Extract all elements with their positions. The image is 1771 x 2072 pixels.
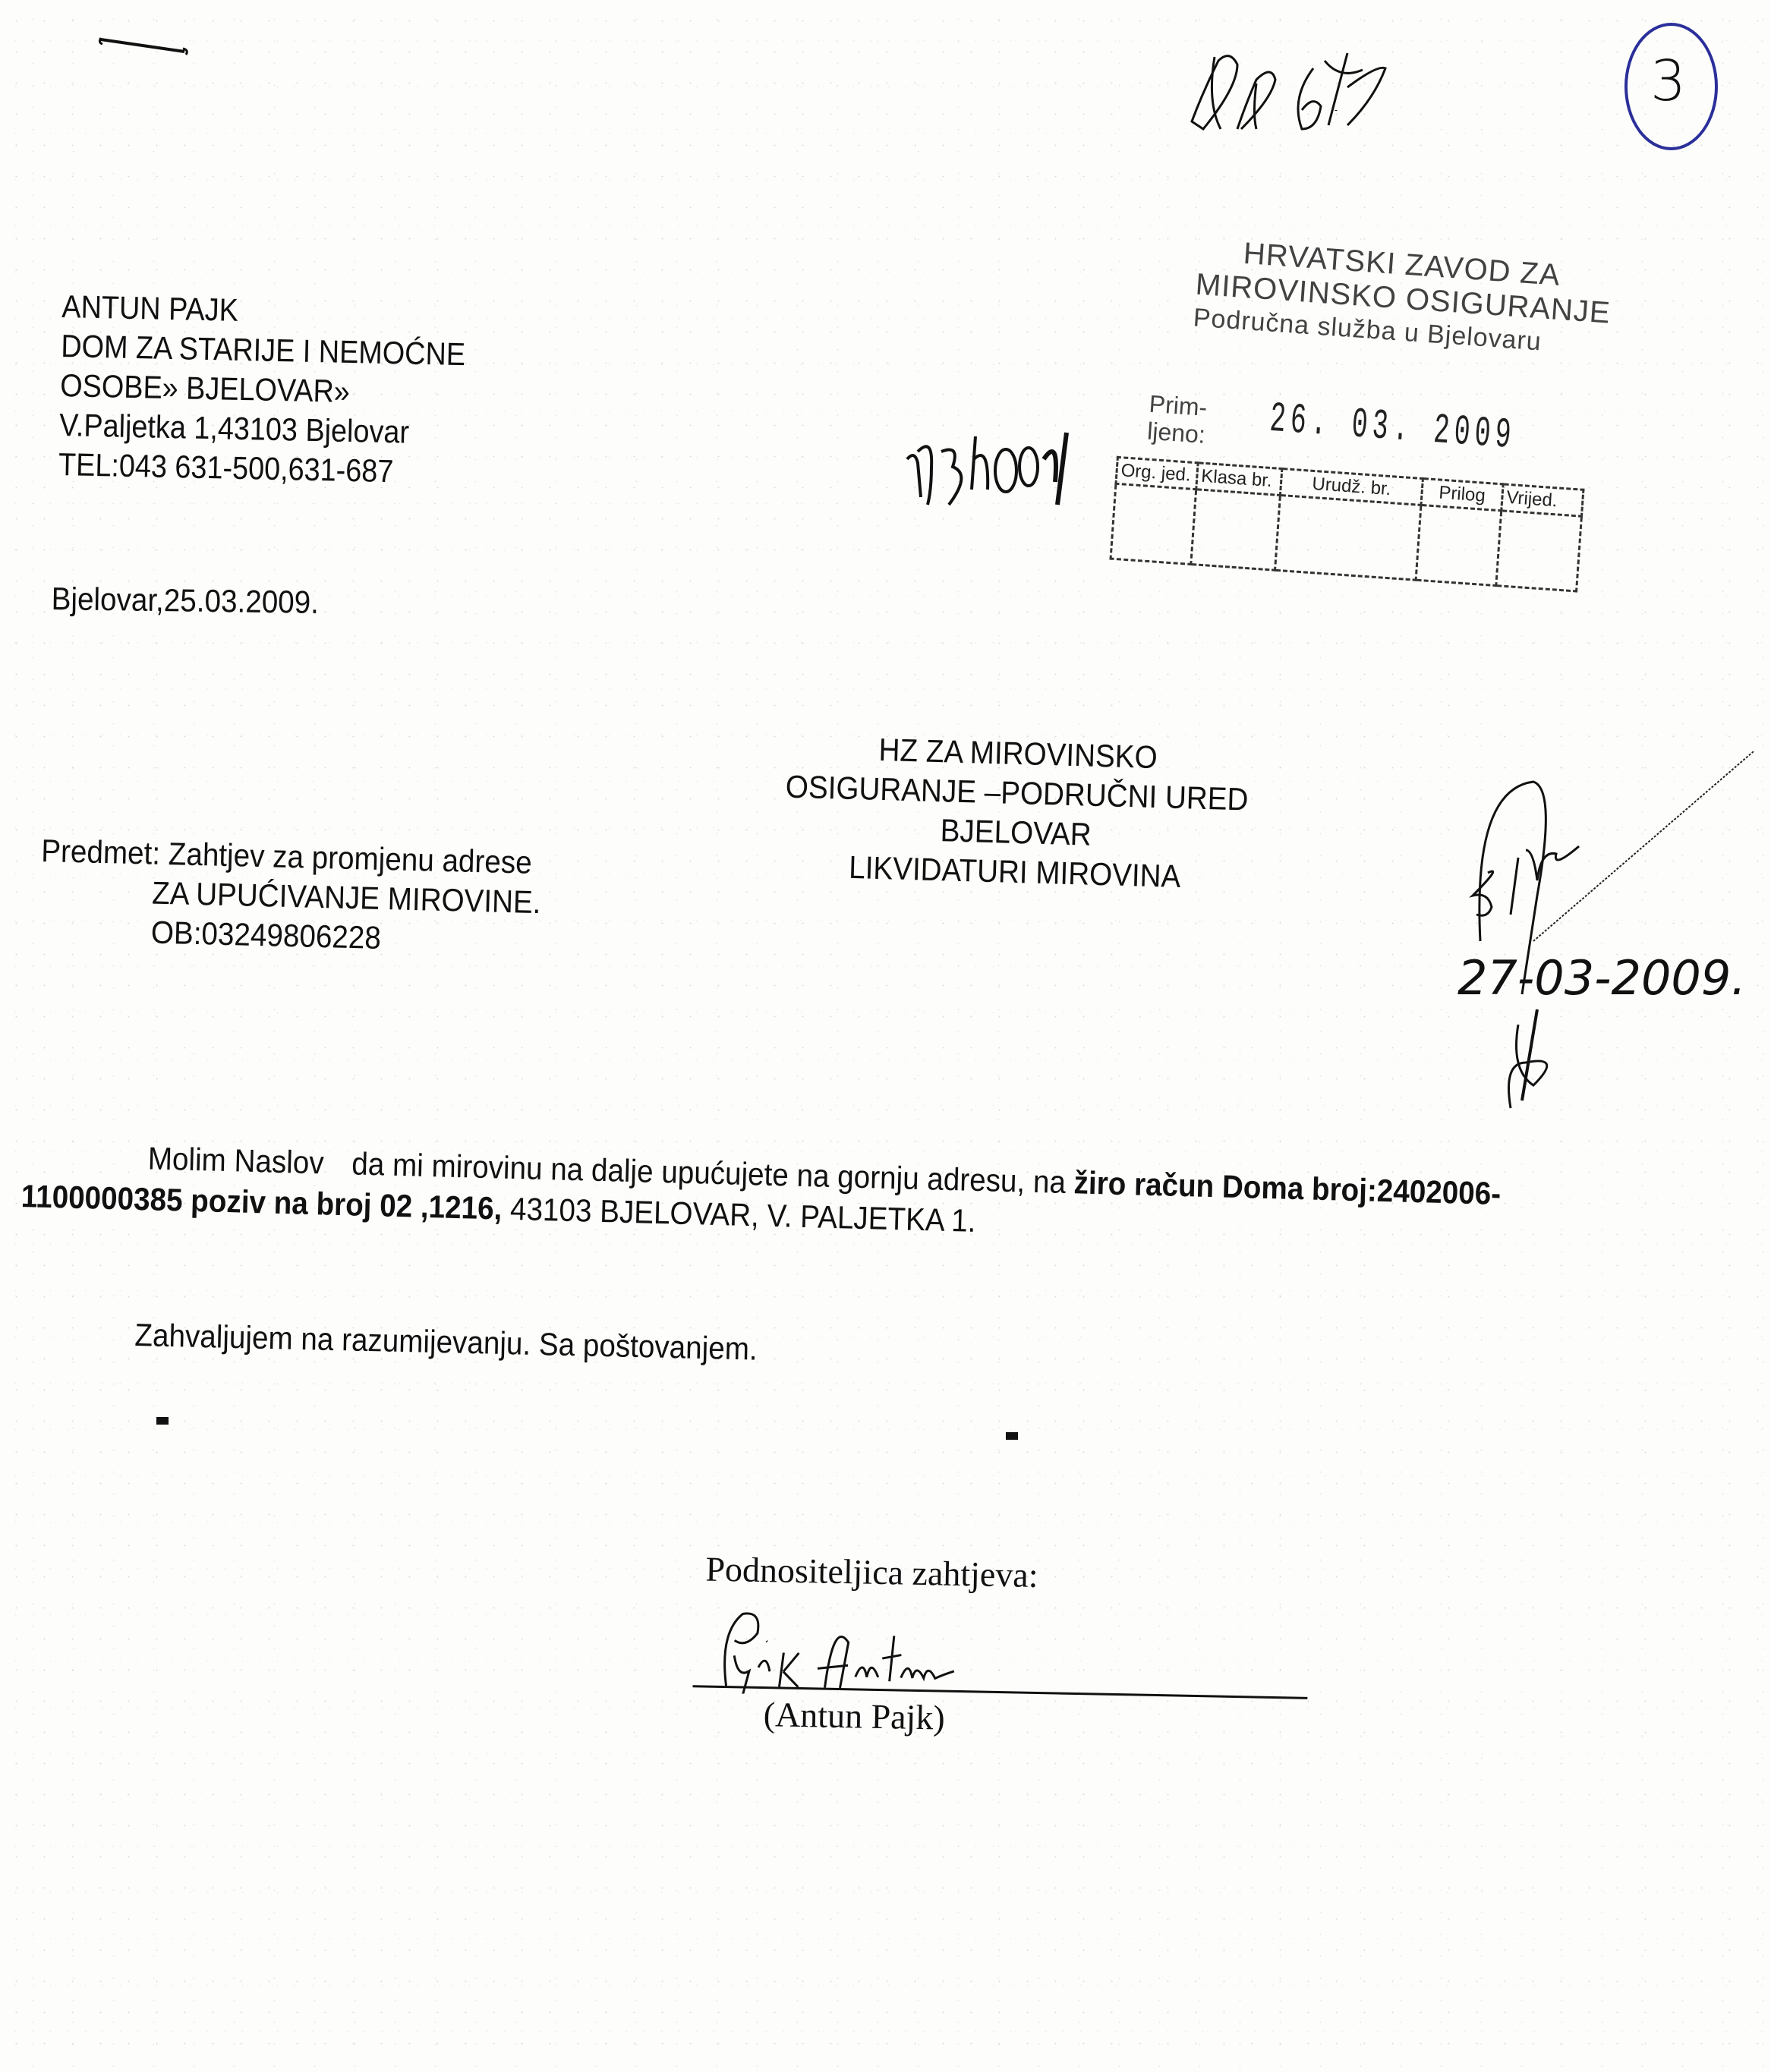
subject-block: Predmet: Zahtjev za promjenu adrese ZA U…	[39, 831, 542, 962]
handwritten-annotation: 27-03-2009.	[1442, 751, 1761, 1119]
stamp-received-date: 26. 03. 2009	[1268, 395, 1517, 460]
letter-body: Molim Naslovda mi mirovinu na dalje upuć…	[20, 1135, 1502, 1255]
circled-page-number: 3	[1624, 23, 1718, 150]
body-account-label: žiro račun Doma broj:2402006-	[1073, 1164, 1502, 1211]
stamp-cell	[1191, 490, 1281, 571]
received-stamp: HRVATSKI ZAVOD ZA MIROVINSKO OSIGURANJE …	[1089, 228, 1647, 659]
received-label-part1: Prim-	[1149, 390, 1209, 421]
place-and-date: Bjelovar,25.03.2009.	[51, 581, 319, 621]
stray-pen-mark	[95, 36, 194, 59]
subject-label: Predmet:	[41, 833, 161, 871]
signature-block: Podnositeljica zahtjeva: (Antun Pajk)	[679, 1548, 1313, 1758]
handwritten-registry-number	[900, 429, 1082, 516]
closing-remark: Zahvaljujem na razumijevanju. Sa poštova…	[134, 1317, 758, 1368]
stamp-received-label: Prim- ljeno:	[1146, 390, 1208, 449]
body-salutation: Molim Naslov	[147, 1140, 324, 1180]
received-label-part2: ljeno:	[1146, 417, 1206, 449]
stamp-registry-table: Org. jed. Klasa br. Urudž. br. Prilog Vr…	[1109, 456, 1584, 593]
recipient-address-block: HZ ZA MIROVINSKO OSIGURANJE –PODRUČNI UR…	[770, 727, 1263, 899]
stamp-cell	[1416, 505, 1502, 585]
subject-text: Zahtjev za promjenu adrese	[168, 836, 532, 880]
handwritten-file-number	[1184, 46, 1412, 140]
sender-address-block: ANTUN PAJK DOM ZA STARIJE I NEMOĆNE OSOB…	[58, 287, 467, 493]
signature-label: Podnositeljica zahtjeva:	[705, 1549, 1038, 1595]
stamp-cell	[1496, 511, 1582, 591]
page-number: 3	[1650, 49, 1686, 114]
handwritten-signature	[711, 1610, 955, 1698]
signatory-printed-name: (Antun Pajk)	[763, 1694, 945, 1738]
stamp-cell	[1275, 495, 1421, 580]
scan-artifact	[156, 1417, 169, 1425]
scan-artifact	[1006, 1432, 1018, 1440]
stamp-cell	[1111, 483, 1196, 564]
svg-text:27-03-2009.: 27-03-2009.	[1457, 950, 1746, 1006]
